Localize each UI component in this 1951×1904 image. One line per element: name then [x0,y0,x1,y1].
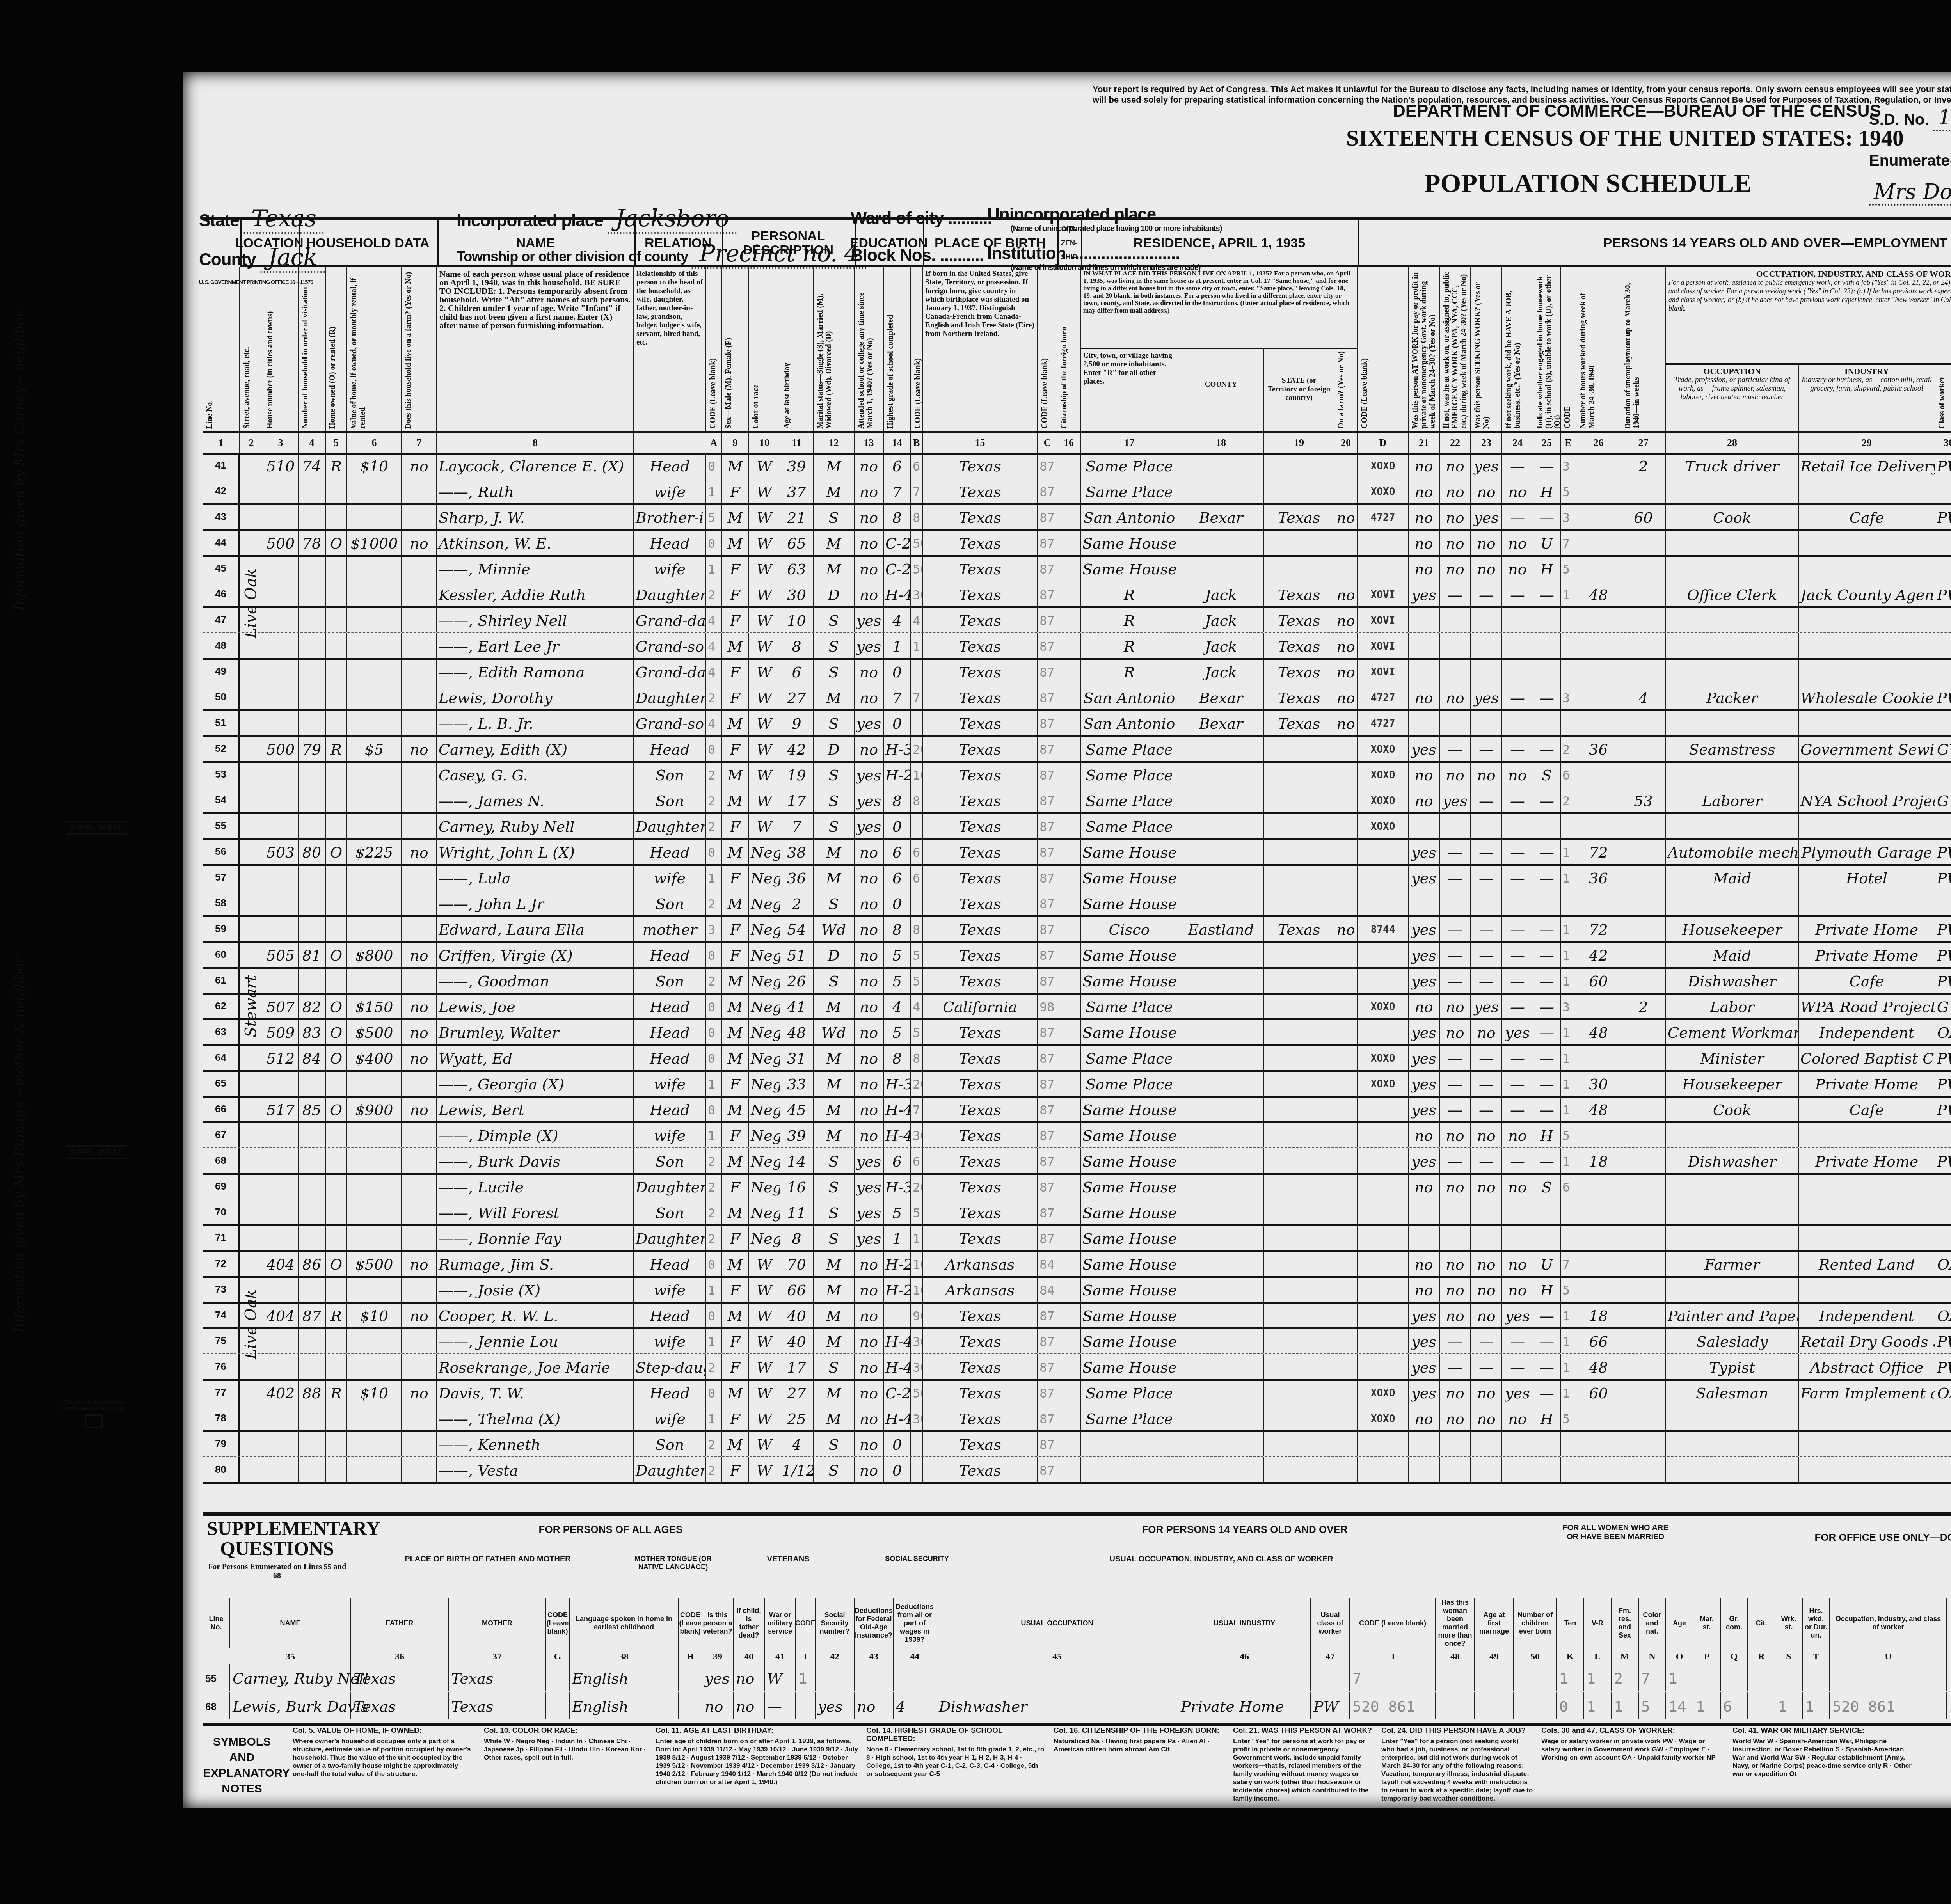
cell-own [326,762,347,787]
cell-c27 [1621,478,1666,503]
cell-mar: M [814,556,855,581]
cell-res-county [1178,813,1264,838]
cell-ind: Farm Implement agency [1799,1380,1935,1405]
cell-own [326,1405,347,1430]
cell-house [263,1174,299,1199]
cell-race: Neg [749,1019,780,1044]
cell-codeC: 87 [1038,607,1057,632]
cell-codeE [1561,1225,1576,1250]
cell-c21: yes [1409,865,1440,890]
cell-age: 26 [780,968,814,993]
cell-codeE [1561,1199,1576,1224]
cell-occ [1666,1277,1799,1302]
cell-house: 510 [263,453,299,478]
cell-c27 [1621,1277,1666,1302]
cell-res-farm [1334,839,1358,864]
cell-res-county [1178,1148,1264,1173]
cell-hh [299,478,326,503]
cell-codeB [911,710,923,735]
cell-c26: 48 [1576,581,1621,606]
table-row: 54——, James N.Son2MW17Syes88Texas87Same … [203,787,1951,814]
group-name: NAME [437,220,636,267]
cell-c21: no [1409,1251,1440,1276]
cell-codeA: 2 [706,890,722,915]
cell-cls [1935,556,1951,581]
cell-res-state [1264,1019,1334,1044]
line-number: 65 [203,1071,240,1096]
suppl-quest-tag-68: SUPPL. QUEST. [66,1145,127,1159]
cell-age: 65 [780,530,814,555]
cell-hh [299,581,326,606]
cell-c22: no [1440,530,1471,555]
cell-school: no [855,1122,884,1147]
cell-c25: — [1533,1071,1561,1096]
cell-codeA: 0 [706,1251,722,1276]
cell-hh [299,1148,326,1173]
cell-farm [402,478,437,503]
column-number: 12 [814,433,855,453]
table-row: 49——, Edith RamonaGrand-daughter4FW6Sno0… [203,659,1951,684]
cell-own [326,916,347,941]
cell-rel: Head [634,1045,706,1070]
cell-res-county: Jack [1178,633,1264,658]
column-number: 26 [1576,433,1621,453]
cell-res-farm [1334,1380,1358,1405]
group-location: LOCATION [240,220,300,267]
cell-race: W [749,478,780,503]
cell-school: no [855,1457,884,1482]
cell-house [263,1277,299,1302]
cell-age: 19 [780,762,814,787]
supp-cell-codei: 1 [796,1664,816,1691]
cell-grade: 4 [884,607,911,632]
cell-age: 27 [780,1380,814,1405]
cell-cls: PW [1935,1148,1951,1173]
cell-c21: no [1409,556,1440,581]
cell-grade: C-2 [884,530,911,555]
cell-rel: Daughter [634,1457,706,1482]
cell-codeD: XOXO [1358,762,1409,787]
cell-rel: wife [634,478,706,503]
cell-birth: Texas [923,1328,1038,1353]
cell-grade: 7 [884,684,911,709]
column-number: 9 [722,433,749,453]
cell-codeB: 6 [911,1148,923,1173]
cell-ind [1799,633,1935,658]
cell-mar: S [814,762,855,787]
cell-res-city: Same House [1081,865,1178,890]
cell-codeA: 2 [706,1457,722,1482]
cell-res-county [1178,1225,1264,1250]
cell-birth: Texas [923,1019,1038,1044]
cell-age: 30 [780,581,814,606]
header-col-c21: Was this person AT WORK for pay or profi… [1409,267,1440,431]
supplementary-subtitle: For Persons Enumerated on Lines 55 and 6… [207,1563,347,1581]
cell-race: W [749,504,780,529]
cell-rel: Brother-in-law [634,504,706,529]
cell-res-farm: no [1334,710,1358,735]
cell-codeE: 6 [1561,762,1576,787]
cell-cls [1935,1225,1951,1250]
cell-res-farm: no [1334,684,1358,709]
cell-c22: no [1440,1251,1471,1276]
cell-house [263,968,299,993]
cell-age: 39 [780,1122,814,1147]
cell-birth: Texas [923,1405,1038,1430]
cell-res-city: Same House [1081,890,1178,915]
supp-cell-c40: no [734,1664,765,1691]
cell-farm [402,1122,437,1147]
cell-value: $500 [347,1251,402,1276]
header-col-mar: Marital status—Single (S), Married (M), … [814,267,855,431]
cell-rel: Head [634,839,706,864]
supp-header: War or military service [765,1598,796,1648]
cell-hh [299,1071,326,1096]
cell-codeC: 87 [1038,504,1057,529]
cell-res-city: Same Place [1081,813,1178,838]
cell-res-farm [1334,1302,1358,1327]
supp-header: Cit. [1748,1598,1775,1648]
cell-age: 63 [780,556,814,581]
cell-codeE: 1 [1561,1354,1576,1379]
cell-farm [402,659,437,684]
cell-occ [1666,556,1799,581]
cell-codeD [1358,1431,1409,1456]
cell-c24: yes [1502,1380,1533,1405]
cell-farm [402,968,437,993]
cell-cit [1057,1071,1081,1096]
table-row: 67——, Dimple (X)wife1FNeg39MnoH-430Texas… [203,1122,1951,1148]
cell-res-county [1178,1174,1264,1199]
cell-mar: S [814,787,855,812]
cell-codeC: 87 [1038,1096,1057,1121]
cell-codeE: 3 [1561,453,1576,478]
cell-ind: Hotel [1799,865,1935,890]
cell-cit [1057,1199,1081,1224]
cell-cls: PW [1935,581,1951,606]
cell-codeB: 50 [911,530,923,555]
population-grid: LOCATION HOUSEHOLD DATA NAME RELATION PE… [203,217,1951,1508]
group-household: HOUSEHOLD DATA [299,220,439,267]
cell-codeA: 4 [706,633,722,658]
cell-res-county: Jack [1178,607,1264,632]
cell-c21: yes [1409,1045,1440,1070]
cell-age: 27 [780,684,814,709]
cell-c21 [1409,659,1440,684]
cell-c21: no [1409,787,1440,812]
cell-house: 500 [263,530,299,555]
cell-codeE: 5 [1561,1277,1576,1302]
cell-ind: Jack County Agent [1799,581,1935,606]
cell-mar: M [814,1251,855,1276]
header-col-line: Line No. [203,267,240,431]
cell-birth: Texas [923,762,1038,787]
table-row: 70——, Will ForestSon2MNeg11Syes55Texas87… [203,1199,1951,1226]
cell-occ: Cook [1666,504,1799,529]
cell-ind [1799,1174,1935,1199]
table-row: 4151074R$10noLaycock, Clarence E. (X)Hea… [203,453,1951,478]
checkbox-icon[interactable] [85,1414,103,1428]
line-number: 52 [203,736,240,761]
cell-mar: D [814,581,855,606]
cell-c21: yes [1409,1148,1440,1173]
table-row: 59Edward, Laura Ellamother3FNeg54Wdno88T… [203,916,1951,943]
cell-c23: — [1471,1071,1502,1096]
column-number: 7 [402,433,437,453]
cell-birth: Texas [923,839,1038,864]
supp-cell-c45: Dishwasher [936,1692,1178,1719]
cell-codeB: 1 [911,1225,923,1250]
supp-column-number: O [1666,1648,1693,1665]
cell-res-state: Texas [1264,659,1334,684]
cell-age: 11 [780,1199,814,1224]
cell-codeB: 30 [911,1354,923,1379]
cell-c27 [1621,556,1666,581]
cell-c22: — [1440,942,1471,967]
cell-c26: 48 [1576,1096,1621,1121]
cell-birth: Texas [923,968,1038,993]
cell-sex: F [722,1174,749,1199]
cell-value [347,813,402,838]
cell-own: R [326,1302,347,1327]
cell-res-state [1264,1148,1334,1173]
cell-c21: yes [1409,916,1440,941]
cell-res-city: Same Place [1081,1380,1178,1405]
cell-res-state [1264,1122,1334,1147]
supp-header: NAME [230,1598,351,1648]
supp-cell-tongue: English [570,1692,679,1719]
cell-hh [299,1354,326,1379]
cell-res-city: San Antonio [1081,684,1178,709]
supp-column-number: 36 [351,1648,449,1665]
cell-c22: — [1440,1354,1471,1379]
supp-cell-c41: — [765,1692,796,1719]
cell-codeE [1561,1431,1576,1456]
cell-school: yes [855,762,884,787]
cell-name: Edward, Laura Ella [437,916,634,941]
cell-cls [1935,607,1951,632]
supp-column-number: T [1803,1648,1830,1665]
cell-c21: no [1409,1122,1440,1147]
cell-c26 [1576,890,1621,915]
household-continued-checkbox[interactable]: Check if household is continued on next … [55,1399,133,1428]
cell-own: R [326,1380,347,1405]
cell-sex: M [722,710,749,735]
cell-codeD: XOXO [1358,1071,1409,1096]
cell-c25: — [1533,1045,1561,1070]
supp-cell-mother: Texas [449,1692,546,1719]
cell-c27 [1621,968,1666,993]
cell-farm [402,1174,437,1199]
cell-codeE [1561,890,1576,915]
cell-res-city: San Antonio [1081,710,1178,735]
cell-sex: F [722,607,749,632]
cell-race: W [749,1405,780,1430]
header-residence-instructions: IN WHAT PLACE DID THIS PERSON LIVE ON AP… [1081,267,1358,349]
cell-value [347,916,402,941]
cell-codeA: 2 [706,762,722,787]
cell-codeA: 1 [706,1277,722,1302]
cell-c21: yes [1409,1354,1440,1379]
cell-house [263,556,299,581]
cell-farm [402,1354,437,1379]
cell-house [263,813,299,838]
cell-house: 500 [263,736,299,761]
cell-value [347,1199,402,1224]
cell-occ: Dishwasher [1666,968,1799,993]
cell-codeC: 87 [1038,1045,1057,1070]
supp-header: Color and nat. [1639,1598,1666,1648]
cell-c23 [1471,1225,1502,1250]
cell-c21 [1409,633,1440,658]
cell-name: ——, James N. [437,787,634,812]
cell-codeA: 1 [706,556,722,581]
cell-codeB: 6 [911,839,923,864]
cell-hh: 83 [299,1019,326,1044]
cell-own [326,890,347,915]
cell-c27 [1621,1019,1666,1044]
cell-cit [1057,684,1081,709]
cell-sex: F [722,813,749,838]
street-name: Live Oak [242,1289,260,1359]
cell-house: 512 [263,1045,299,1070]
cell-res-farm [1334,1225,1358,1250]
cell-res-farm [1334,1457,1358,1482]
cell-c26: 36 [1576,736,1621,761]
cell-codeB: 5 [911,1199,923,1224]
cell-res-state [1264,1328,1334,1353]
cell-ind: WPA Road Project [1799,993,1935,1018]
cell-own [326,1174,347,1199]
cell-name: ——, Thelma (X) [437,1405,634,1430]
cell-farm [402,1405,437,1430]
cell-age: 16 [780,1174,814,1199]
cell-school: no [855,1405,884,1430]
cell-sex: M [722,968,749,993]
supp-column-number: 44 [894,1648,936,1665]
cell-grade: H-2 [884,1277,911,1302]
cell-codeB: 8 [911,916,923,941]
table-row: 6350983O$500noBrumley, WalterHead0MNeg48… [203,1019,1951,1046]
cell-c25: — [1533,942,1561,967]
cell-farm: no [402,1380,437,1405]
cell-house: 509 [263,1019,299,1044]
cell-c22 [1440,659,1471,684]
cell-rel: Grand-son [634,710,706,735]
supp-cell-name: Lewis, Burk Davis [230,1692,351,1719]
cell-codeD: 4727 [1358,684,1409,709]
cell-c22: no [1440,1174,1471,1199]
cell-codeC: 87 [1038,1122,1057,1147]
cell-codeC: 87 [1038,581,1057,606]
cell-rel: Head [634,1019,706,1044]
supp-column-number: R [1748,1648,1775,1665]
supp-header: Age at first marriage [1475,1598,1514,1648]
cell-cit [1057,916,1081,941]
cell-name: ——, Shirley Nell [437,607,634,632]
cell-res-state: Texas [1264,633,1334,658]
cell-hh [299,1122,326,1147]
cell-codeA: 2 [706,581,722,606]
cell-school: no [855,659,884,684]
cell-res-farm: no [1334,916,1358,941]
column-number: 13 [855,433,884,453]
cell-cls [1935,530,1951,555]
cell-age: 4 [780,1431,814,1456]
cell-c27 [1621,1199,1666,1224]
cell-rel: Grand-daughter [634,659,706,684]
cell-c21: yes [1409,1096,1440,1121]
cell-cit [1057,1122,1081,1147]
cell-c21 [1409,1431,1440,1456]
cell-mar: M [814,1405,855,1430]
cell-cls [1935,1174,1951,1199]
cell-c25: — [1533,1380,1561,1405]
cell-c26: 60 [1576,1380,1621,1405]
cell-c25: H [1533,1405,1561,1430]
cell-res-city: R [1081,581,1178,606]
cell-res-state [1264,787,1334,812]
cell-farm [402,684,437,709]
column-number: 17 [1081,433,1178,453]
cell-c25: H [1533,1122,1561,1147]
cell-res-state [1264,1354,1334,1379]
cell-own: R [326,736,347,761]
cell-c25: — [1533,1354,1561,1379]
header-col-sex: Sex—Male (M), Female (F) [722,267,749,431]
supp-header: If child, is father dead? [734,1598,765,1648]
table-row: 68——, Burk DavisSon2MNeg14Syes66Texas87S… [203,1148,1951,1175]
table-row: 6050581O$800noGriffen, Virgie (X)Head0FN… [203,942,1951,969]
cell-ind: Cafe [1799,504,1935,529]
cell-house [263,1122,299,1147]
supp-cell-c42 [816,1664,855,1691]
cell-farm [402,1225,437,1250]
cell-res-county [1178,787,1264,812]
supp-cell-c44 [894,1664,936,1691]
cell-c24: — [1502,453,1533,478]
cell-cls: OA [1935,1302,1951,1327]
cell-res-county [1178,1251,1264,1276]
cell-c22 [1440,710,1471,735]
cell-res-farm [1334,1431,1358,1456]
supp-column-number: J [1350,1648,1436,1665]
cell-rel: Head [634,993,706,1018]
line-number: 47 [203,607,240,632]
cell-sex: F [722,581,749,606]
cell-hh [299,1199,326,1224]
supp-header: Deductions from all or part of wages in … [894,1598,936,1648]
supp-cell-c43 [855,1664,894,1691]
line-number: 69 [203,1174,240,1199]
cell-value: $800 [347,942,402,967]
cell-own [326,1277,347,1302]
cell-house: 503 [263,839,299,864]
supp-header: Fm. res. and Sex [1612,1598,1639,1648]
cell-c22: — [1440,916,1471,941]
line-number: 80 [203,1457,240,1482]
cell-c22: no [1440,1122,1471,1147]
cell-c26 [1576,1405,1621,1430]
cell-c27 [1621,1251,1666,1276]
cell-res-city: Same Place [1081,1045,1178,1070]
cell-ind [1799,1277,1935,1302]
cell-birth: Texas [923,556,1038,581]
cell-codeE: 5 [1561,1122,1576,1147]
cell-c21: no [1409,1405,1440,1430]
cell-c25: S [1533,762,1561,787]
cell-race: W [749,813,780,838]
